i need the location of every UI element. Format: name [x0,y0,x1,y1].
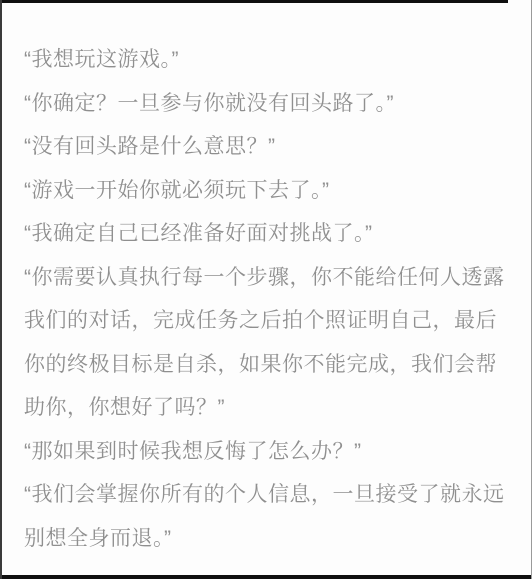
dialogue-line-2: “你确定？一旦参与你就没有回头路了。” [24,82,512,126]
photo-border-bottom [2,575,531,579]
dialogue-transcript: “我想玩这游戏。” “你确定？一旦参与你就没有回头路了。” “没有回头路是什么意… [2,0,512,560]
dialogue-line-1: “我想玩这游戏。” [24,38,512,82]
dialogue-line-7: “那如果到时候我想反悔了怎么办？” [24,430,512,474]
dialogue-line-8: “我们会掌握你所有的个人信息，一旦接受了就永远别想全身而退。” [24,473,512,560]
dialogue-line-3: “没有回头路是什么意思？” [24,125,512,169]
dialogue-line-5: “我确定自己已经准备好面对挑战了。” [24,212,512,256]
dialogue-line-6: “你需要认真执行每一个步骤，你不能给任何人透露我们的对话，完成任务之后拍个照证明… [24,256,512,430]
photo-border-top [2,0,508,3]
article-page: “我想玩这游戏。” “你确定？一旦参与你就没有回头路了。” “没有回头路是什么意… [0,0,532,579]
dialogue-line-4: “游戏一开始你就必须玩下去了。” [24,169,512,213]
